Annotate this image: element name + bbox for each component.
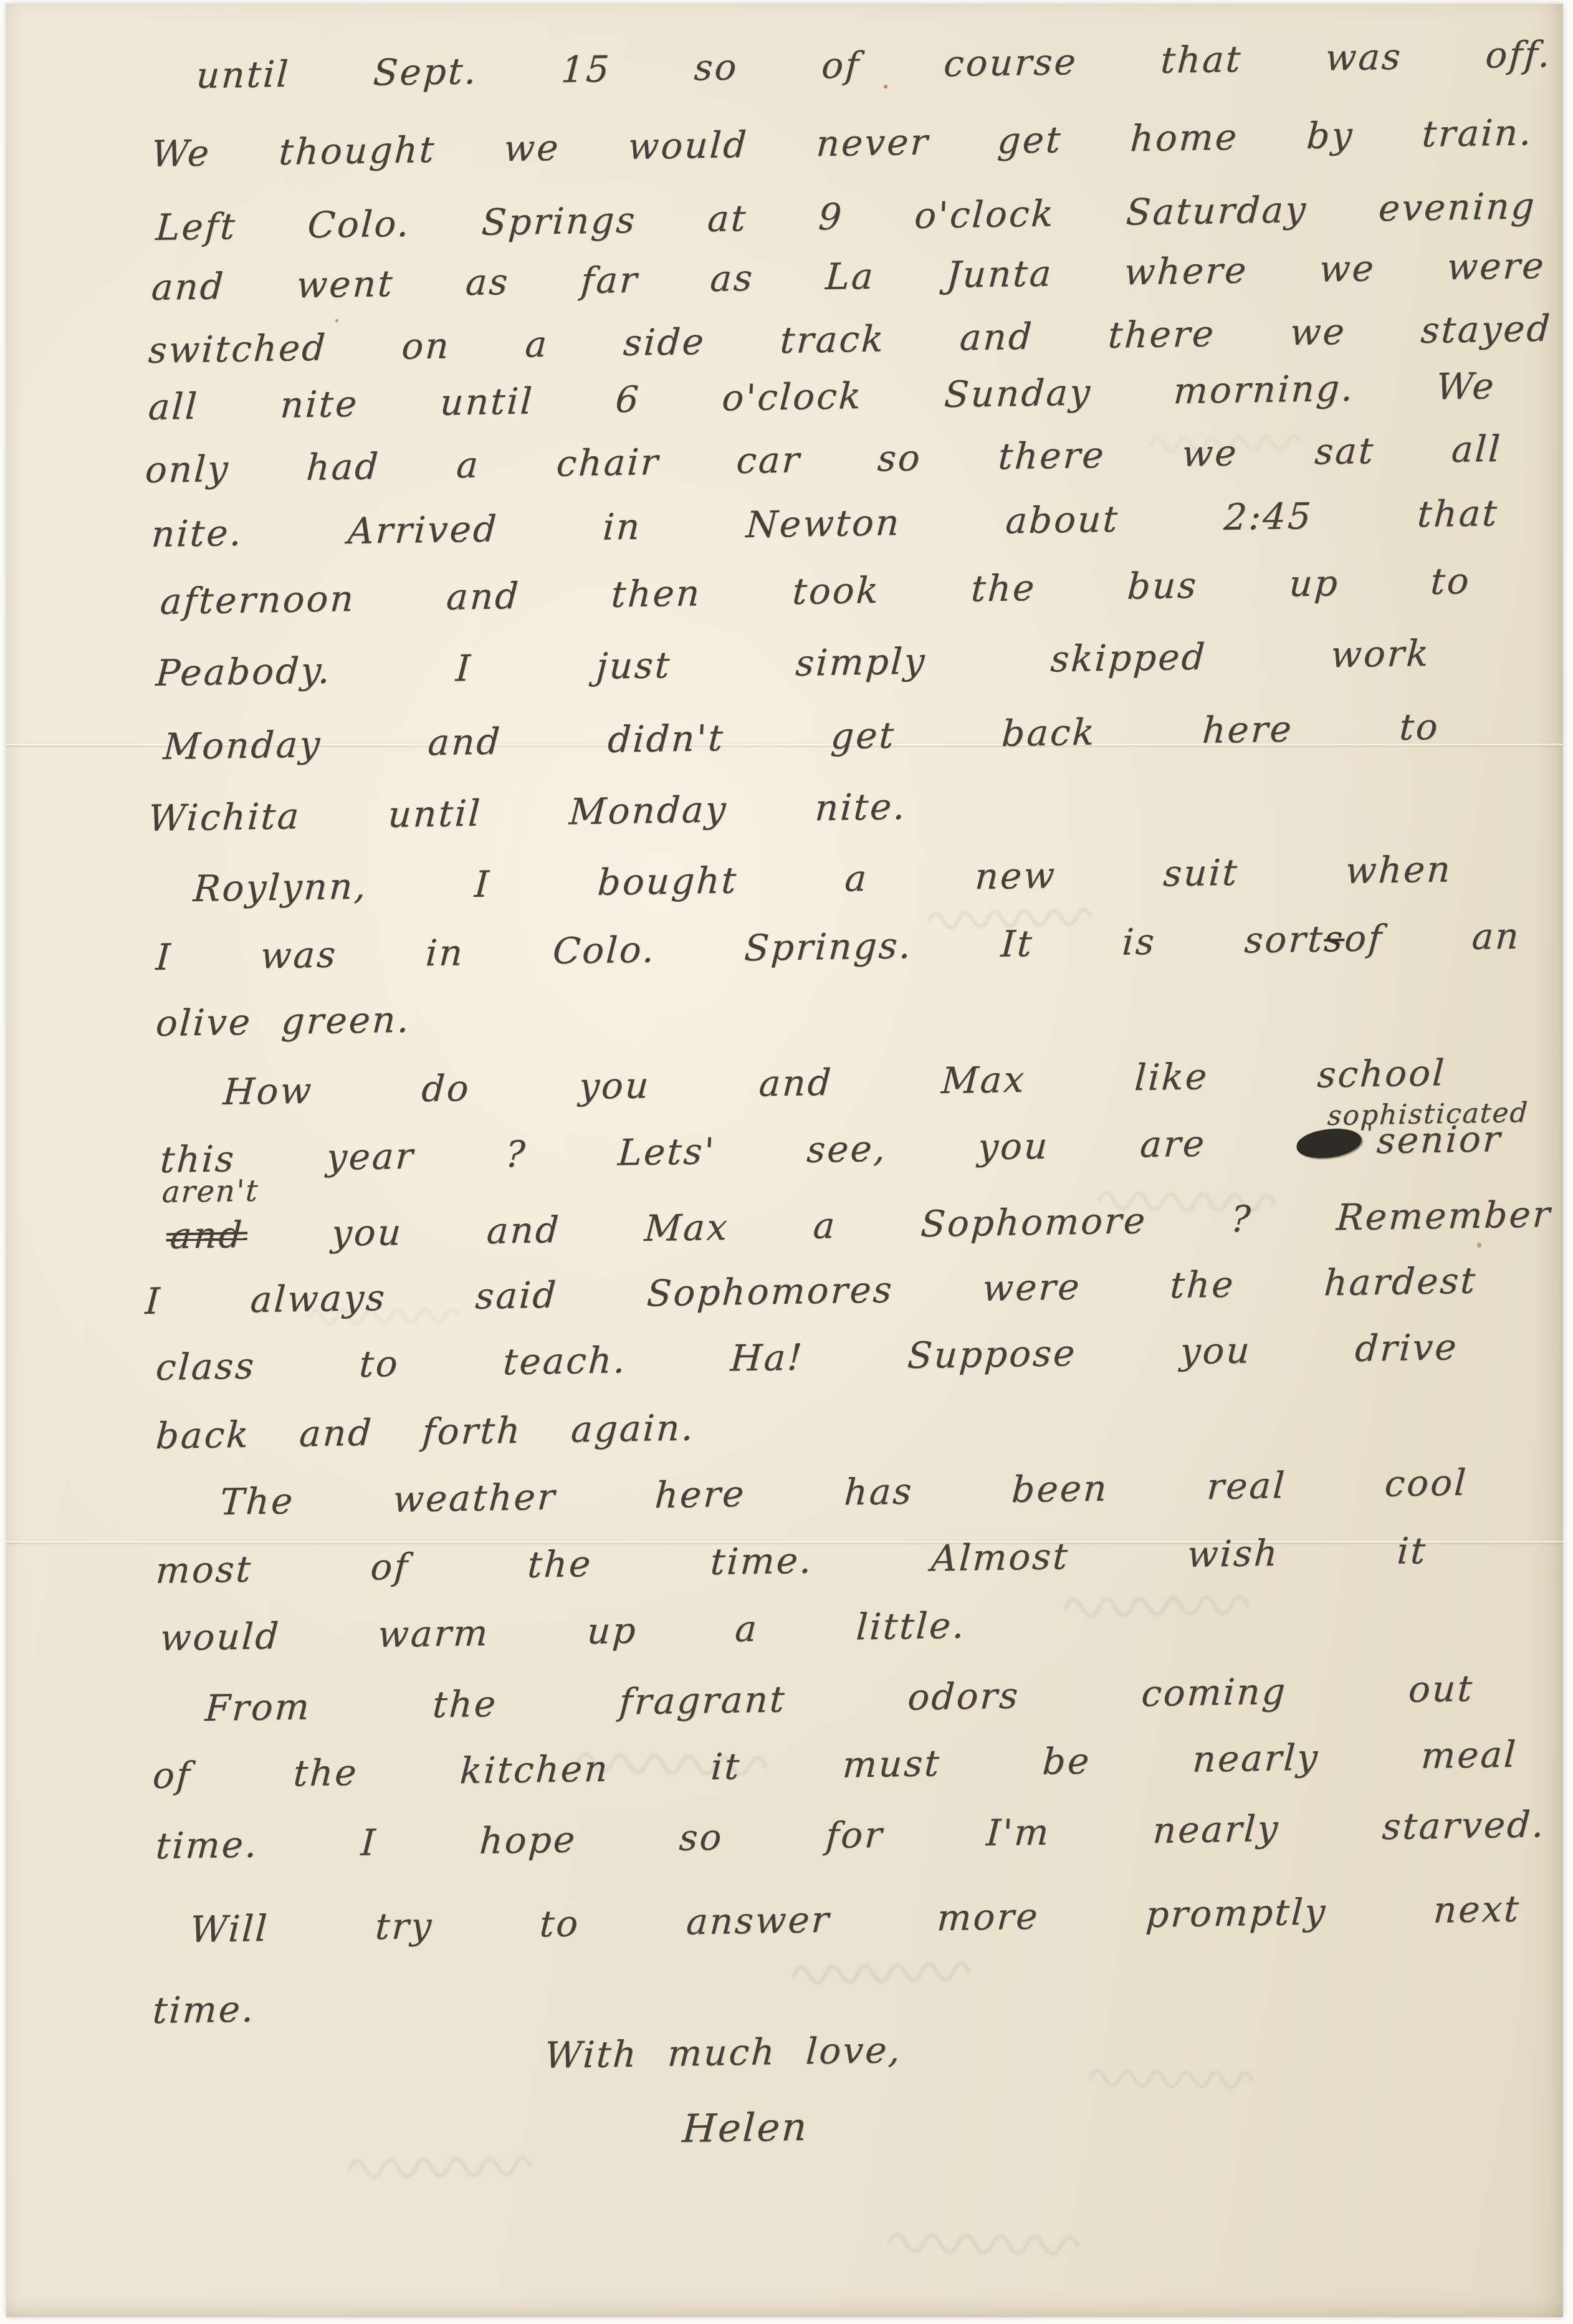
handwritten-line: time. <box>151 1988 256 2031</box>
line-text: you and Max a Sophomore ? Remember <box>330 1193 1552 1255</box>
paper-speck <box>1477 1243 1481 1248</box>
letter-paper: until Sept. 15 so of course that was off… <box>6 4 1563 2317</box>
scanned-letter-page: until Sept. 15 so of course that was off… <box>0 0 1573 2324</box>
handwritten-line: Monday and didn't get back here to <box>162 706 1440 768</box>
handwritten-line: Wichita until Monday nite. <box>147 786 907 839</box>
signature: Helen <box>681 2105 810 2151</box>
handwritten-line: all nite until 6 o'clock Sunday morning.… <box>147 365 1496 428</box>
line-text: senior <box>1375 1117 1503 1162</box>
valediction: With much love, <box>543 2029 903 2077</box>
handwritten-line: Peabody. I just simply skipped work <box>155 633 1431 694</box>
paper-speck <box>335 319 338 322</box>
handwritten-line: switched on a side track and there we st… <box>147 308 1552 371</box>
ink-blot-scratched-word <box>1296 1125 1362 1162</box>
handwritten-line: most of the time. Almost wish it <box>155 1530 1428 1592</box>
struck-word: and <box>165 1213 249 1257</box>
insertion-above-line: aren't <box>161 1174 260 1210</box>
ghost-bleedthrough-writing <box>143 2143 667 2188</box>
handwritten-line: The weather here has been real cool <box>219 1462 1468 1523</box>
line-text: of an <box>1344 915 1522 960</box>
ghost-bleedthrough-writing <box>616 1949 1078 1994</box>
handwritten-line: Left Colo. Springs at 9 o'clock Saturday… <box>155 185 1537 249</box>
line-text: I was in Colo. Springs. It is sort <box>155 918 1325 979</box>
handwritten-line: afternoon and then took the bus up to <box>159 560 1471 623</box>
handwritten-line: olive green. <box>155 999 412 1045</box>
handwritten-line: nite. Arrived in Newton about 2:45 that <box>150 492 1499 555</box>
handwritten-line-with-blot: this year ? Lets' see, you are 'senior <box>159 1117 1503 1181</box>
handwritten-line: only had a chair car so there we sat all <box>144 428 1503 491</box>
handwritten-line: back and forth again. <box>155 1407 696 1456</box>
insertion-caret: ' <box>1365 1119 1375 1148</box>
ghost-bleedthrough-writing <box>661 2217 1235 2264</box>
handwritten-line: How do you and Max like school <box>222 1052 1446 1113</box>
handwritten-line: From the fragrant odors coming out <box>204 1668 1475 1729</box>
handwritten-line: Roylynn, I bought a new suit when <box>192 848 1453 909</box>
handwritten-line: I always said Sophomores were the hardes… <box>144 1260 1478 1322</box>
overwritten-letter: s <box>1323 917 1346 960</box>
ghost-bleedthrough-writing <box>941 2058 1341 2095</box>
handwritten-line: class to teach. Ha! Suppose you drive <box>155 1326 1459 1389</box>
handwritten-line: We thought we would never get home by tr… <box>150 112 1534 175</box>
handwritten-line: and went as far as La Junta where we wer… <box>150 245 1546 308</box>
handwritten-line: Will try to answer more promptly next <box>189 1888 1521 1950</box>
handwritten-line: would warm up a little. <box>159 1605 967 1659</box>
handwritten-line: time. I hope so for I'm nearly starved. <box>155 1804 1546 1867</box>
line-text: this year ? Lets' see, you are <box>159 1122 1207 1181</box>
handwritten-line-with-strikethrough: and you and Max a Sophomore ? Remember <box>165 1193 1552 1257</box>
handwritten-line: until Sept. 15 so of course that was off… <box>195 34 1552 97</box>
